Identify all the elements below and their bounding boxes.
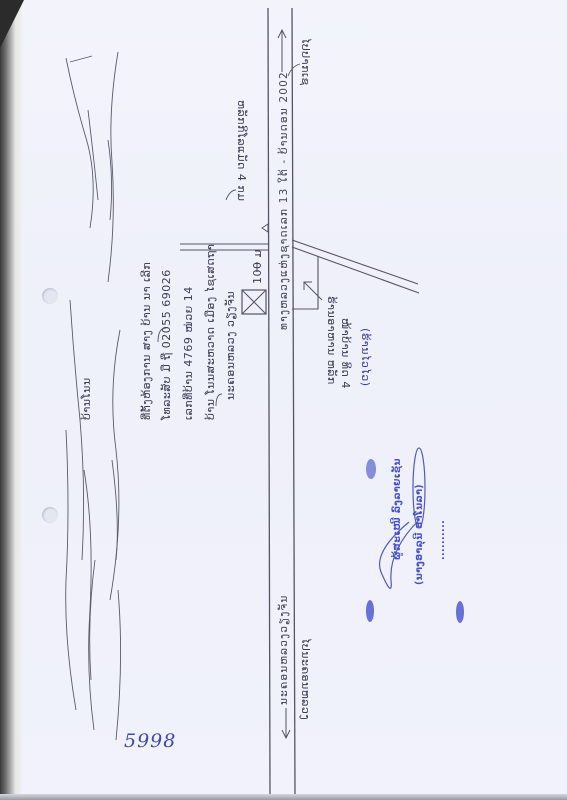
ink-smudge [366, 600, 374, 622]
field-scribbles [66, 52, 121, 740]
location-note-line: ບ້ານ ໂນນສະຫວາດ ເມືອງ ໄຊເສດຖາ [204, 244, 217, 420]
cross-road-label: ຫລັກກິໂລແມັດ 4 ກມ [235, 100, 248, 202]
branch-road-note-blue: (ຮ້ານໄວໄວ) [359, 328, 372, 387]
distance-marker: 100 ມ [251, 249, 264, 284]
document-number: 5998 [124, 730, 176, 752]
left-margin-note: ບ້ານໂນນ [80, 377, 93, 420]
stamp-title: ຜູ້ສະເໜີ ລົງລາຍເຊັນ [392, 458, 403, 560]
ink-smudge [366, 459, 376, 479]
scanned-document-page: ທາງຫລວງແຫ່ງຊາດເລກ 13 ໃຕ້ - ບ້ານດອນ 2002 … [0, 0, 567, 800]
stamp-dots: .......... [436, 520, 447, 560]
north-direction-label: ໄປປາກເຊ [299, 38, 312, 86]
branch-road-label: ຮ້ານອາຫານ ຫລັກ [325, 296, 338, 385]
main-road-label-upper: ທາງຫລວງແຫ່ງຊາດເລກ 13 ໃຕ້ - ບ້ານດອນ 2002 [278, 71, 290, 330]
main-road-right-edge [292, 8, 295, 795]
location-note-line: ໂທລະສັບ ມື ຖື 02055 69026 [160, 269, 173, 420]
scan-edge-bottom [0, 794, 567, 800]
ink-smudge [456, 601, 464, 623]
location-note-line: ນະຄອນຫລວງ ວຽງຈັນ [224, 291, 237, 400]
landmark-marker-icon [262, 224, 268, 232]
stamp-name: (ນາງອາລຸນີ ອາໂນລາ) [414, 484, 425, 585]
south-direction-label: ໄປນະຄອນຫລວງ [299, 638, 312, 720]
location-note-line: ທີ່ຕັ້ງຫ້ອງການ ສາງ ບ້ານ ນາ ເລີກ [140, 262, 153, 420]
branch-road-note: ໜ້າບ້ານ ທິດ 4 [339, 318, 352, 389]
main-road-label-lower: ນະຄອນຫລວງວຽງຈັນ [278, 595, 290, 705]
main-road-left-edge [268, 8, 270, 795]
location-note-line: ເລກທີ່ບ້ານ 4769 ໜ່ວຍ 14 [182, 286, 195, 420]
